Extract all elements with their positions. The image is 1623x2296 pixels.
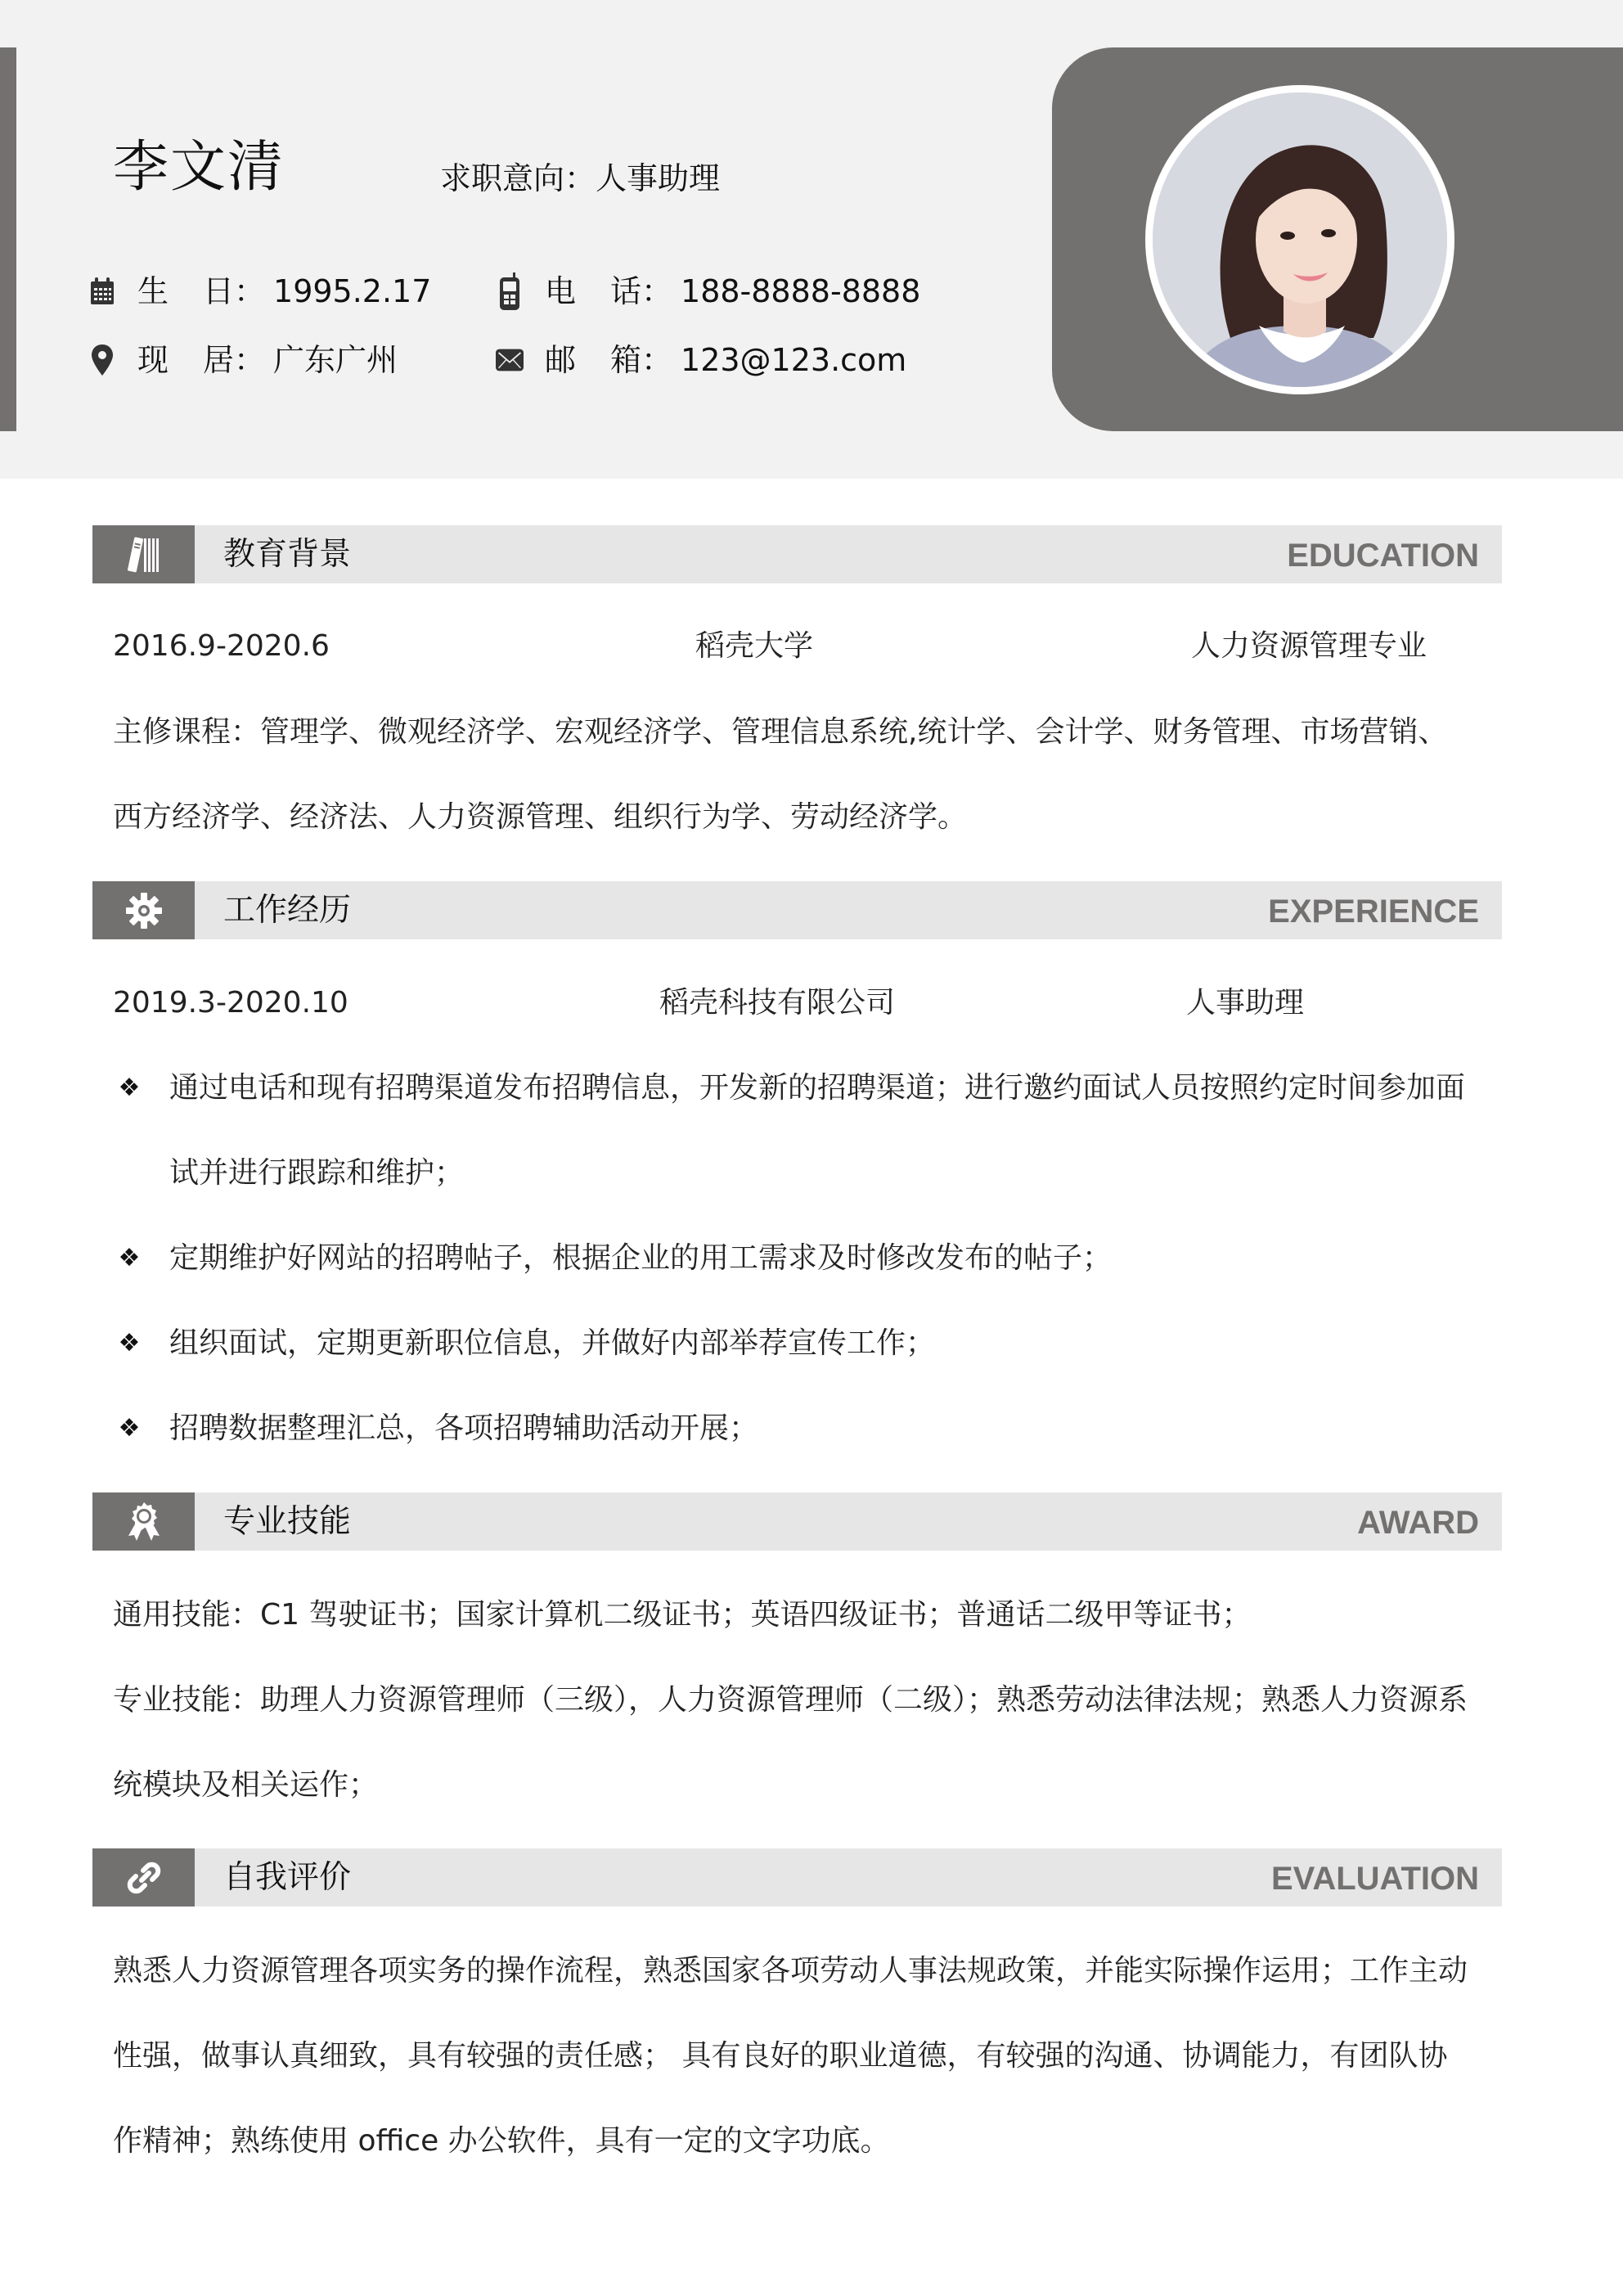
books-icon	[92, 525, 195, 583]
location-pin-icon	[88, 342, 116, 378]
contact-label: 邮箱	[545, 337, 641, 383]
section-title-en: AWARD	[1357, 1494, 1479, 1552]
header-accent-strip	[0, 47, 16, 431]
section-title: 专业技能	[223, 1492, 351, 1551]
phone-value: 188-8888-8888	[681, 268, 920, 314]
contact-residence: 现居：广东广州	[88, 337, 398, 383]
job-intent: 求职意向：人事助理	[440, 155, 720, 201]
calendar-icon	[88, 273, 116, 309]
experience-bullet: ❖ 通过电话和现有招聘渠道发布招聘信息，开发新的招聘渠道；进行邀约面试人员按照约…	[113, 1046, 1465, 1216]
diamond-bullet-icon: ❖	[113, 1046, 146, 1131]
diamond-bullet-icon: ❖	[113, 1216, 146, 1301]
education-period: 2016.9-2020.6	[113, 625, 330, 668]
link-icon	[92, 1848, 195, 1907]
contact-email: 邮箱：123@123.com	[496, 337, 906, 383]
avatar	[1145, 85, 1454, 394]
contact-label: 生日	[137, 268, 234, 314]
evaluation-text: 熟悉人力资源管理各项实务的操作流程，熟悉国家各项劳动人事法规政策，并能实际操作运…	[113, 1929, 1504, 2184]
diamond-bullet-icon: ❖	[113, 1386, 146, 1471]
experience-bullet: ❖ 定期维护好网站的招聘帖子，根据企业的用工需求及时修改发布的帖子；	[113, 1216, 1112, 1301]
section-header-experience: 工作经历 EXPERIENCE	[92, 881, 1502, 939]
section-header-education: 教育背景 EDUCATION	[92, 525, 1502, 583]
birthday-value: 1995.2.17	[273, 268, 431, 314]
section-header-evaluation: 自我评价 EVALUATION	[92, 1848, 1502, 1907]
experience-bullet: ❖ 组织面试，定期更新职位信息，并做好内部举荐宣传工作；	[113, 1301, 935, 1386]
section-header-skills: 专业技能 AWARD	[92, 1492, 1502, 1551]
candidate-name: 李文清	[113, 131, 285, 205]
education-major: 人力资源管理专业	[1191, 625, 1427, 668]
residence-value: 广东广州	[273, 337, 398, 383]
avatar-portrait-icon	[1153, 92, 1447, 387]
experience-period: 2019.3-2020.10	[113, 982, 348, 1024]
job-intent-value: 人事助理	[596, 160, 720, 196]
section-title-en: EDUCATION	[1287, 527, 1479, 585]
section-title: 自我评价	[223, 1848, 351, 1907]
contact-birthday: 生日：1995.2.17	[88, 268, 431, 314]
contact-phone: 电话：188-8888-8888	[496, 268, 920, 314]
skills-text: 通用技能：C1 驾驶证书；国家计算机二级证书；英语四级证书；普通话二级甲等证书；…	[113, 1573, 1504, 1828]
education-school: 稻壳大学	[695, 625, 813, 668]
diamond-bullet-icon: ❖	[113, 1301, 146, 1386]
experience-position: 人事助理	[1186, 982, 1304, 1024]
section-title: 教育背景	[223, 525, 351, 583]
envelope-icon	[496, 342, 524, 378]
experience-bullet: ❖ 招聘数据整理汇总，各项招聘辅助活动开展；	[113, 1386, 758, 1471]
section-title-en: EXPERIENCE	[1268, 883, 1479, 941]
education-courses: 主修课程：管理学、微观经济学、宏观经济学、管理信息系统,统计学、会计学、财务管理…	[113, 690, 1504, 860]
phone-icon	[496, 273, 524, 309]
experience-company: 稻壳科技有限公司	[659, 982, 895, 1024]
contact-label: 电话	[545, 268, 641, 314]
email-value: 123@123.com	[681, 337, 906, 383]
contact-label: 现居	[137, 337, 234, 383]
job-intent-label: 求职意向：	[440, 160, 596, 196]
gear-icon	[92, 881, 195, 939]
award-ribbon-icon	[92, 1492, 195, 1551]
section-title-en: EVALUATION	[1271, 1850, 1479, 1908]
section-title: 工作经历	[223, 881, 351, 939]
